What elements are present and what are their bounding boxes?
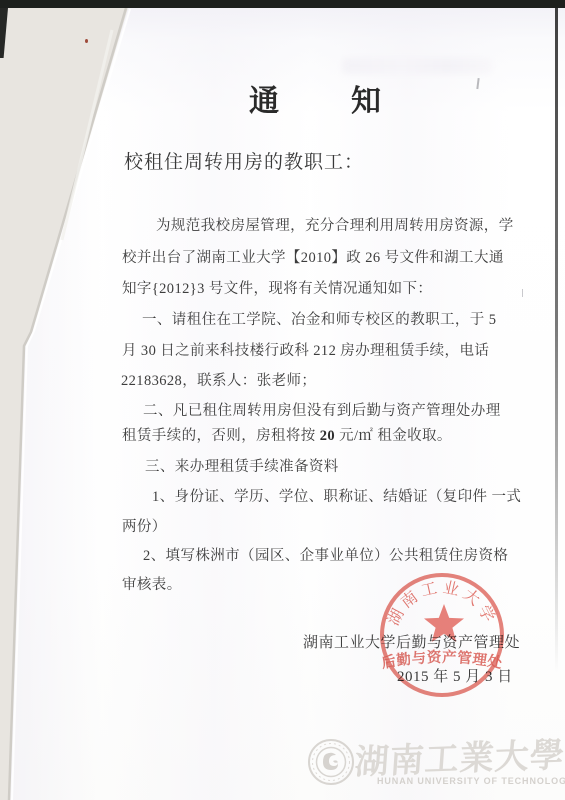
scan-tick-mark (522, 289, 523, 297)
ink-bleed-mark (342, 58, 492, 74)
rent-amount: 20 (320, 428, 335, 444)
body-line: 二、凡已租住周转用房但没有到后勤与资产管理处办理 (143, 399, 501, 420)
rent-text-post: 元/㎡ 租金收取。 (335, 428, 452, 444)
rent-text-pre: 租赁手续的，否则，房租将按 (122, 428, 320, 444)
seal-department-text: 后勤与资产管理处 (380, 648, 504, 672)
scan-top-band (0, 0, 565, 8)
body-line: 两份） (122, 515, 167, 536)
body-line: 1、身份证、学历、学位、职称证、结婚证（复印件 一式 (152, 485, 521, 506)
seal-star-icon (424, 604, 464, 642)
scan-right-edge-line (555, 8, 558, 708)
body-line: 为规范我校房屋管理，充分合理利用周转用房资源，学 (156, 214, 514, 235)
official-seal: 湖南工业大学 后勤与资产管理处 (377, 571, 507, 701)
body-line: 22183628，联系人：张老师； (121, 369, 316, 390)
body-line: 一、请租住在工学院、冶金和师专校区的教职工，于 5 (142, 308, 496, 329)
body-line: 三、来办理租赁手续准备资料 (145, 455, 339, 476)
notice-title: 通 知 (122, 76, 512, 120)
salutation: 校租住周转用房的教职工： (124, 147, 364, 174)
body-line: 审核表。 (122, 573, 182, 594)
body-line-rent: 租赁手续的，否则，房租将按 20 元/㎡ 租金收取。 (122, 424, 452, 445)
university-name-en: HUNAN UNIVERSITY OF TECHNOLOGY (377, 776, 565, 786)
scanned-notice-page: 通 知 校租住周转用房的教职工： 为规范我校房屋管理，充分合理利用周转用房资源，… (0, 0, 565, 800)
scan-left-bar (0, 8, 8, 58)
svg-text:后勤与资产管理处: 后勤与资产管理处 (380, 648, 504, 672)
body-line: 月 30 日之前来科技楼行政科 212 房办理租赁手续，电话 (122, 339, 489, 360)
body-line: 2、填写株洲市（园区、企事业单位）公共租赁住房资格 (143, 544, 508, 565)
body-line: 知字{2012}3 号文件，现将有关情况通知如下： (122, 277, 432, 298)
red-speck (85, 39, 88, 43)
body-line: 校并出台了湖南工业大学【2010】政 26 号文件和湖工大通 (122, 246, 504, 267)
university-emblem-icon (306, 737, 356, 787)
